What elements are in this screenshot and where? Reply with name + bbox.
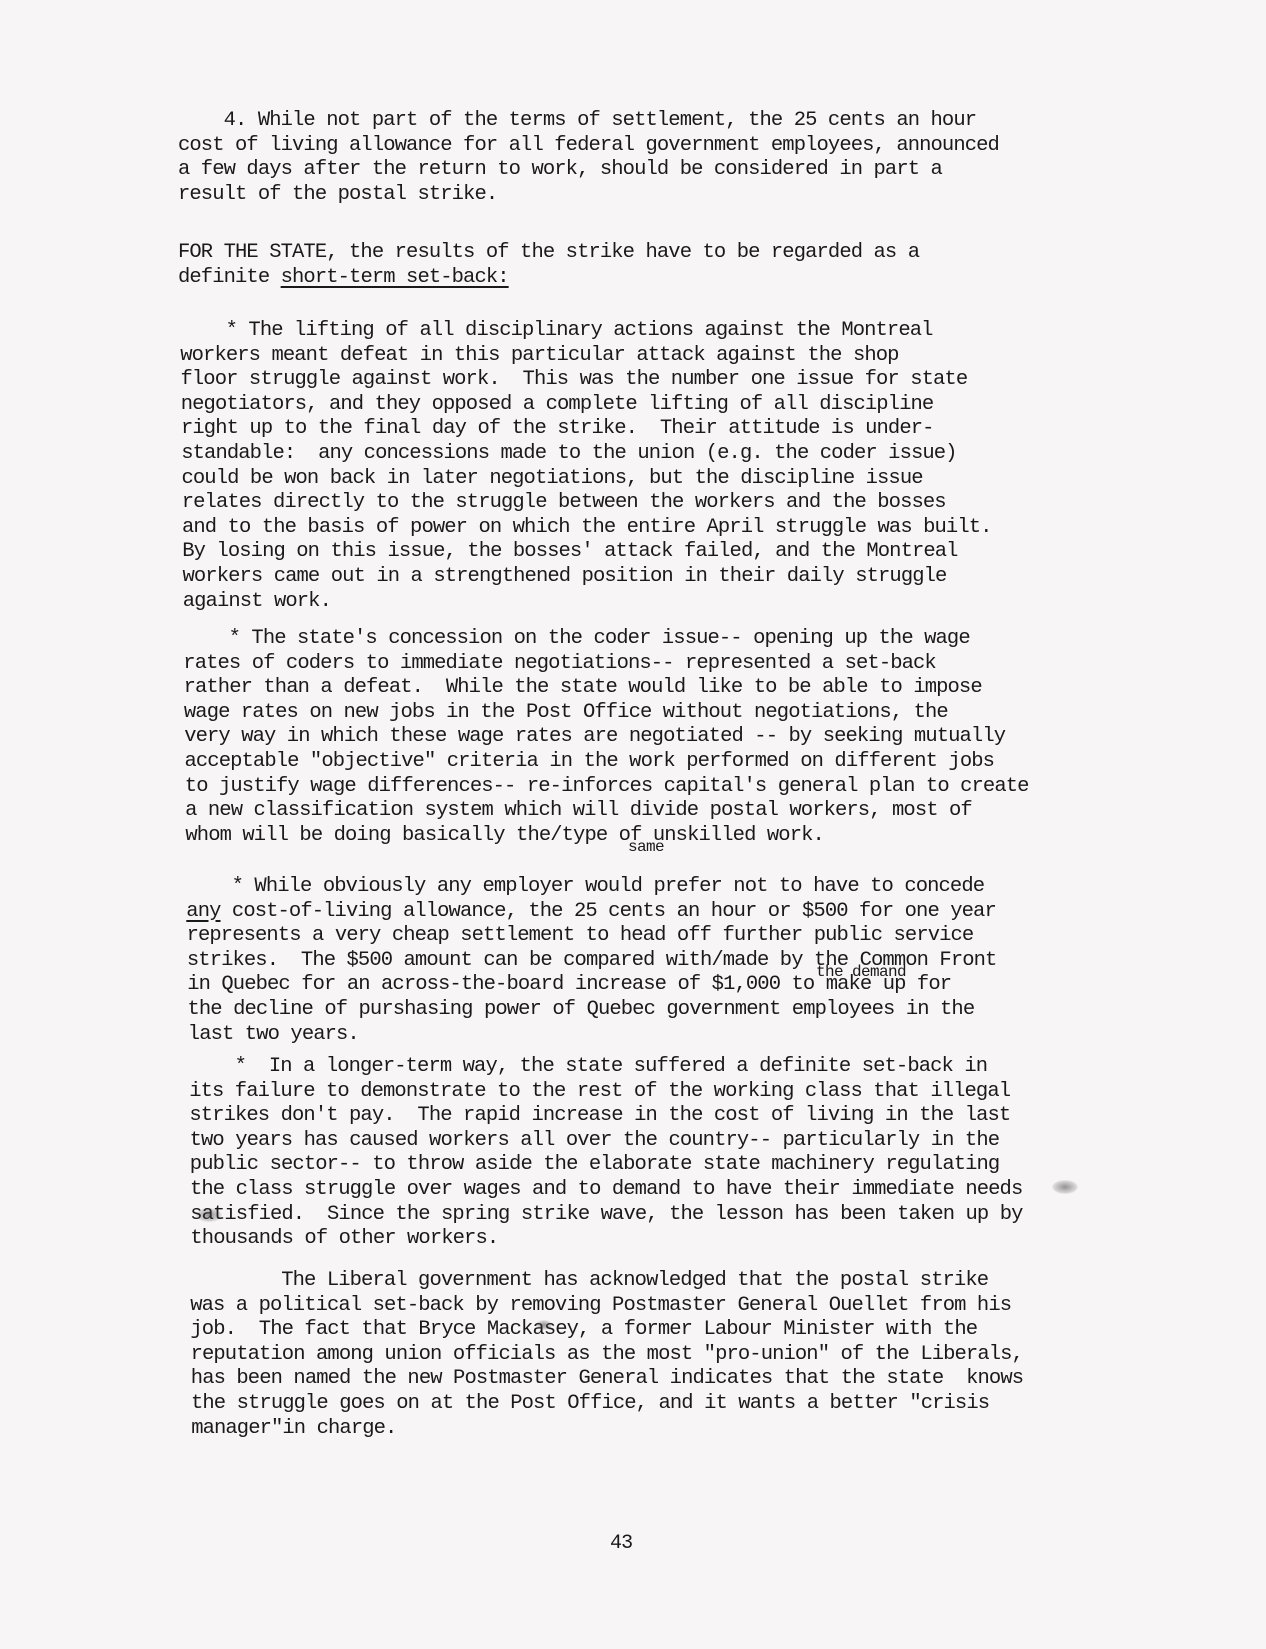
text-line: satisfied. Since the spring strike wave,…	[190, 1202, 1022, 1227]
text-line: wage rates on new jobs in the Post Offic…	[184, 700, 948, 725]
text-line: reputation among union officials as the …	[191, 1342, 1023, 1367]
text-line: By losing on this issue, the bosses' att…	[182, 539, 957, 564]
text-line: job. The fact that Bryce Mackasey, a for…	[190, 1317, 977, 1342]
text-line: very way in which these wage rates are n…	[184, 724, 1005, 749]
text-line: the decline of purshasing power of Quebe…	[188, 997, 975, 1022]
ink-smudge	[1052, 1180, 1078, 1194]
text-line: its failure to demonstrate to the rest o…	[189, 1079, 1010, 1104]
ink-smudge	[536, 1320, 552, 1330]
text-line: and to the basis of power on which the e…	[182, 515, 992, 540]
text-line: represents a very cheap settlement to he…	[187, 923, 974, 948]
text-line: a new classification system which will d…	[185, 798, 972, 823]
text-line: The Liberal government has acknowledged …	[190, 1268, 988, 1293]
ink-smudge	[196, 1208, 222, 1222]
handwritten-insertion: the demand	[816, 963, 906, 981]
underlined-phrase: any	[186, 900, 220, 923]
text-line: any cost-of-living allowance, the 25 cen…	[186, 899, 996, 924]
text-line: public sector-- to throw aside the elabo…	[190, 1152, 1000, 1177]
text-line: * In a longer-term way, the state suffer…	[189, 1054, 987, 1079]
text-line: definite short-term set-back:	[178, 265, 509, 290]
underlined-phrase: short-term set-back:	[281, 266, 509, 289]
text-line: * While obviously any employer would pre…	[186, 874, 984, 899]
text-line: workers came out in a strengthened posit…	[183, 564, 947, 589]
text-line: acceptable "objective" criteria in the w…	[185, 749, 995, 774]
text-line: floor struggle against work. This was th…	[181, 367, 968, 392]
text-line: relates directly to the struggle between…	[182, 490, 946, 515]
text-line: rather than a defeat. While the state wo…	[184, 675, 982, 700]
text-line: * The lifting of all disciplinary action…	[180, 318, 933, 343]
text-line: two years has caused workers all over th…	[190, 1128, 1000, 1153]
handwritten-insertion: same	[628, 838, 664, 856]
text-line: the struggle goes on at the Post Office,…	[191, 1391, 989, 1416]
text-line: to justify wage differences-- re-inforce…	[185, 774, 1029, 799]
text-line: could be won back in later negotiations,…	[182, 466, 923, 491]
text-line: manager"in charge.	[191, 1416, 396, 1441]
text-line: against work.	[183, 589, 331, 614]
text-line: thousands of other workers.	[190, 1226, 498, 1251]
page-number: 43	[610, 1532, 632, 1555]
text-line: strikes don't pay. The rapid increase in…	[189, 1103, 1010, 1128]
text-line: right up to the final day of the strike.…	[181, 416, 934, 441]
text-line: result of the postal strike.	[178, 182, 497, 207]
text-line: workers meant defeat in this particular …	[180, 343, 898, 368]
text-line: the class struggle over wages and to dem…	[190, 1177, 1022, 1202]
text-line: 4. While not part of the terms of settle…	[178, 108, 976, 133]
scanned-document-page: 4. While not part of the terms of settle…	[0, 0, 1266, 1649]
text-line: whom will be doing basically the/type of…	[185, 823, 824, 848]
text-line: rates of coders to immediate negotiation…	[183, 651, 936, 676]
text-line: cost of living allowance for all federal…	[178, 133, 999, 158]
text-line: a few days after the return to work, sho…	[178, 157, 942, 182]
text-line: * The state's concession on the coder is…	[183, 626, 970, 651]
text-line: last two years.	[188, 1022, 359, 1047]
text-line: has been named the new Postmaster Genera…	[191, 1366, 1023, 1391]
text-line: negotiators, and they opposed a complete…	[181, 392, 934, 417]
text-line: was a political set-back by removing Pos…	[190, 1293, 1011, 1318]
text-line: standable: any concessions made to the u…	[181, 441, 956, 466]
text-line: FOR THE STATE, the results of the strike…	[178, 240, 919, 265]
